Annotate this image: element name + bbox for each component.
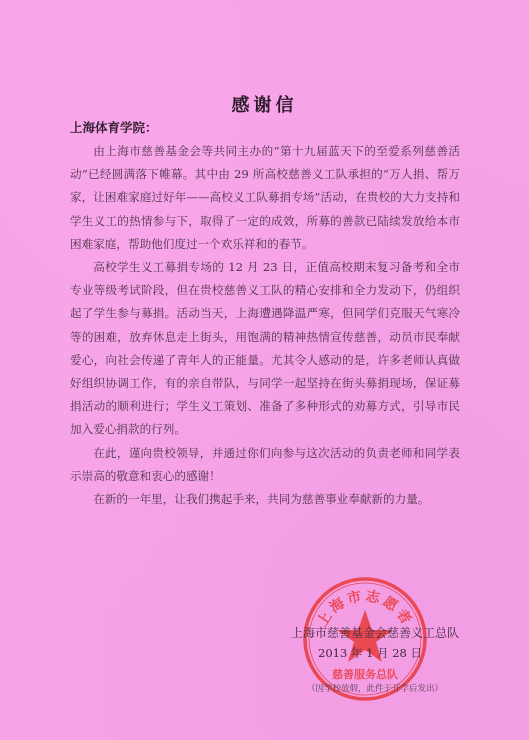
- letter-salutation: 上海体育学院：: [70, 118, 158, 136]
- paragraph-2: 高校学生义工募捐专场的 12 月 23 日，正值高校期末复习备考和全市专业等级考…: [70, 256, 460, 442]
- paragraph-3: 在此，谨向贵校领导，并通过你们向参与这次活动的负责老师和同学表示崇高的敬意和衷心…: [70, 442, 460, 488]
- letter-footnote: （因学校放假，此件于开学后发出）: [270, 682, 480, 694]
- letter-page: 感谢信 上海体育学院： 由上海市慈善基金会等共同主办的“第十九届蓝天下的至爱系列…: [0, 0, 529, 740]
- paragraph-4: 在新的一年里，让我们携起手来，共同为慈善事业奉献新的力量。: [70, 488, 460, 511]
- letter-date: 2013 年 1 月 28 日: [290, 645, 450, 661]
- letter-body: 由上海市慈善基金会等共同主办的“第十九届蓝天下的至爱系列慈善活动”已经圆满落下帷…: [70, 140, 460, 511]
- paragraph-1: 由上海市慈善基金会等共同主办的“第十九届蓝天下的至爱系列慈善活动”已经圆满落下帷…: [70, 140, 460, 256]
- letter-signature: 上海市慈善基金会慈善义工总队: [270, 624, 480, 641]
- stamp-bottom-text: 慈善服务总队: [332, 667, 398, 681]
- letter-title: 感谢信: [0, 91, 529, 117]
